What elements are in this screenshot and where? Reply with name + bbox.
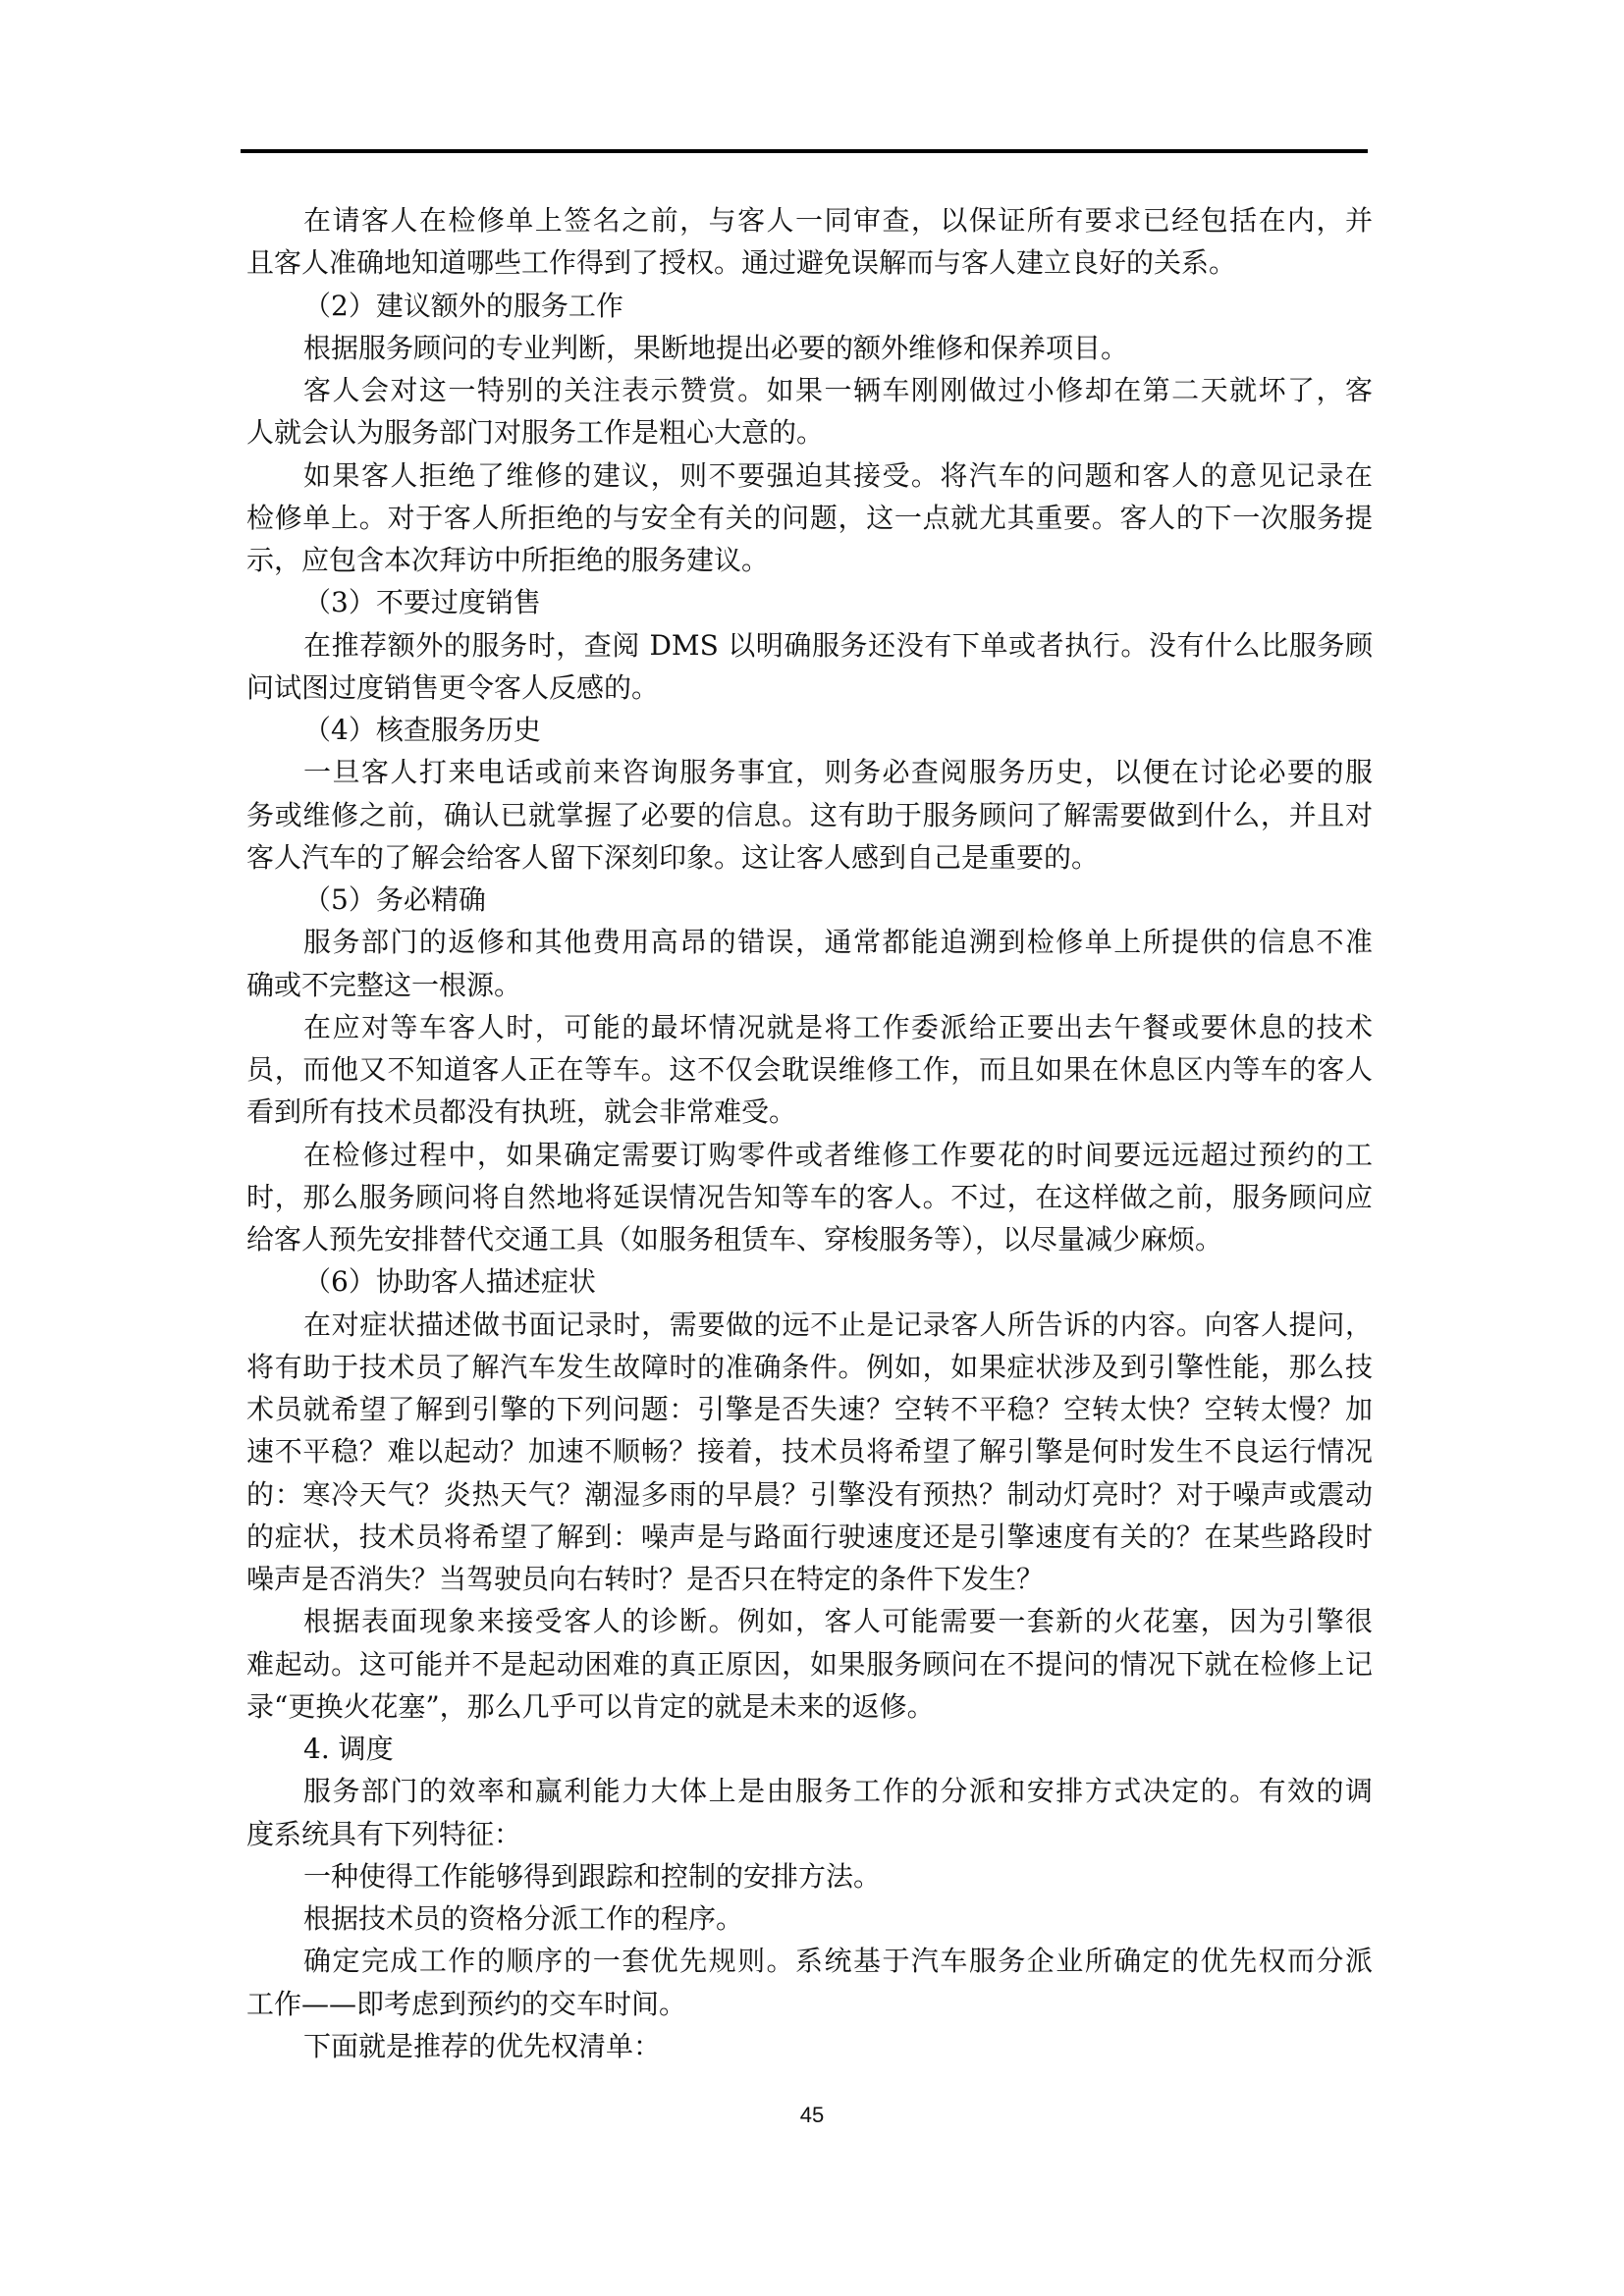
text-line: 如果客人拒绝了维修的建议，则不要强迫其接受。将汽车的问题和客人的意见记录在 xyxy=(246,454,1373,497)
section-heading: （4）核查服务历史 xyxy=(246,709,1373,751)
text-line: 在推荐额外的服务时，查阅 DMS 以明确服务还没有下单或者执行。没有什么比服务顾 xyxy=(246,624,1373,667)
text-line: 客人会对这一特别的关注表示赞赏。如果一辆车刚刚做过小修却在第二天就坏了，客 xyxy=(246,369,1373,411)
text-line: 下面就是推荐的优先权清单： xyxy=(246,2025,1373,2067)
text-line: 给客人预先安排替代交通工具（如服务租赁车、穿梭服务等），以尽量减少麻烦。 xyxy=(246,1218,1373,1260)
text-line: 服务部门的效率和赢利能力大体上是由服务工作的分派和安排方式决定的。有效的调 xyxy=(246,1770,1373,1812)
body-text: 在请客人在检修单上签名之前，与客人一同审查，以保证所有要求已经包括在内，并且客人… xyxy=(246,199,1373,2067)
text-line: 且客人准确地知道哪些工作得到了授权。通过避免误解而与客人建立良好的关系。 xyxy=(246,241,1373,284)
text-line: 根据技术员的资格分派工作的程序。 xyxy=(246,1897,1373,1940)
text-line: 看到所有技术员都没有执班，就会非常难受。 xyxy=(246,1091,1373,1133)
text-line: 人就会认为服务部门对服务工作是粗心大意的。 xyxy=(246,411,1373,454)
section-heading: （3）不要过度销售 xyxy=(246,581,1373,623)
text-line: 将有助于技术员了解汽车发生故障时的准确条件。例如，如果症状涉及到引擎性能，那么技 xyxy=(246,1346,1373,1388)
text-line: 在检修过程中，如果确定需要订购零件或者维修工作要花的时间要远远超过预约的工 xyxy=(246,1134,1373,1176)
text-line: 噪声是否消失？当驾驶员向右转时？是否只在特定的条件下发生？ xyxy=(246,1558,1373,1600)
text-line: 工作——即考虑到预约的交车时间。 xyxy=(246,1983,1373,2025)
header-rule xyxy=(241,149,1368,153)
text-line: 服务部门的返修和其他费用高昂的错误，通常都能追溯到检修单上所提供的信息不准 xyxy=(246,921,1373,963)
text-line: 在请客人在检修单上签名之前，与客人一同审查，以保证所有要求已经包括在内，并 xyxy=(246,199,1373,241)
section-heading: 4. 调度 xyxy=(246,1728,1373,1770)
text-line: 一种使得工作能够得到跟踪和控制的安排方法。 xyxy=(246,1855,1373,1897)
text-line: 速不平稳？难以起动？加速不顺畅？接着，技术员将希望了解引擎是何时发生不良运行情况 xyxy=(246,1430,1373,1472)
text-line: 员，而他又不知道客人正在等车。这不仅会耽误维修工作，而且如果在休息区内等车的客人 xyxy=(246,1048,1373,1091)
section-heading: （2）建议额外的服务工作 xyxy=(246,285,1373,327)
text-line: 根据表面现象来接受客人的诊断。例如，客人可能需要一套新的火花塞，因为引擎很 xyxy=(246,1600,1373,1642)
section-heading: （5）务必精确 xyxy=(246,879,1373,921)
text-line: 一旦客人打来电话或前来咨询服务事宜，则务必查阅服务历史，以便在讨论必要的服 xyxy=(246,751,1373,793)
text-line: 确或不完整这一根源。 xyxy=(246,964,1373,1006)
text-line: 在应对等车客人时，可能的最坏情况就是将工作委派给正要出去午餐或要休息的技术 xyxy=(246,1006,1373,1048)
text-line: 的：寒冷天气？炎热天气？潮湿多雨的早晨？引擎没有预热？制动灯亮时？对于噪声或震动 xyxy=(246,1473,1373,1516)
text-line: 时，那么服务顾问将自然地将延误情况告知等车的客人。不过，在这样做之前，服务顾问应 xyxy=(246,1176,1373,1218)
text-line: 示，应包含本次拜访中所拒绝的服务建议。 xyxy=(246,539,1373,581)
text-line: 的症状，技术员将希望了解到：噪声是与路面行驶速度还是引擎速度有关的？在某些路段时 xyxy=(246,1516,1373,1558)
document-page: 在请客人在检修单上签名之前，与客人一同审查，以保证所有要求已经包括在内，并且客人… xyxy=(0,0,1624,2296)
text-line: 确定完成工作的顺序的一套优先规则。系统基于汽车服务企业所确定的优先权而分派 xyxy=(246,1940,1373,1982)
text-line: 在对症状描述做书面记录时，需要做的远不止是记录客人所告诉的内容。向客人提问， xyxy=(246,1304,1373,1346)
text-line: 问试图过度销售更令客人反感的。 xyxy=(246,667,1373,709)
text-line: 务或维修之前，确认已就掌握了必要的信息。这有助于服务顾问了解需要做到什么，并且对 xyxy=(246,794,1373,836)
text-line: 客人汽车的了解会给客人留下深刻印象。这让客人感到自己是重要的。 xyxy=(246,836,1373,879)
text-line: 根据服务顾问的专业判断，果断地提出必要的额外维修和保养项目。 xyxy=(246,327,1373,369)
section-heading: （6）协助客人描述症状 xyxy=(246,1260,1373,1303)
page-number: 45 xyxy=(0,2103,1624,2128)
text-line: 度系统具有下列特征： xyxy=(246,1813,1373,1855)
text-line: 术员就希望了解到引擎的下列问题：引擎是否失速？空转不平稳？空转太快？空转太慢？加 xyxy=(246,1388,1373,1430)
text-line: 检修单上。对于客人所拒绝的与安全有关的问题，这一点就尤其重要。客人的下一次服务提 xyxy=(246,497,1373,539)
text-line: 难起动。这可能并不是起动困难的真正原因，如果服务顾问在不提问的情况下就在检修上记 xyxy=(246,1643,1373,1685)
text-line: 录“更换火花塞”，那么几乎可以肯定的就是未来的返修。 xyxy=(246,1685,1373,1728)
